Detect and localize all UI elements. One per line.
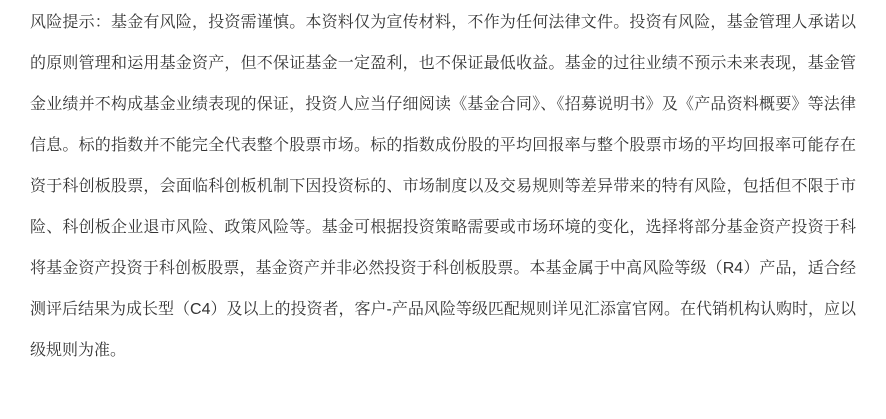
disclaimer-line: 险、科创板企业退市风险、政策风险等。基金可根据投资策略需要或市场环境的变化，选择… bbox=[30, 207, 856, 248]
disclaimer-line: 信息。标的指数并不能完全代表整个股票市场。标的指数成份股的平均回报率与整个股票市… bbox=[30, 125, 856, 166]
disclaimer-line: 资于科创板股票，会面临科创板机制下因投资标的、市场制度以及交易规则等差异带来的特… bbox=[30, 166, 856, 207]
disclaimer-line: 金业绩并不构成基金业绩表现的保证，投资人应当仔细阅读《基金合同》、《招募说明书》… bbox=[30, 84, 856, 125]
disclaimer-line: 的原则管理和运用基金资产，但不保证基金一定盈利，也不保证最低收益。基金的过往业绩… bbox=[30, 43, 856, 84]
disclaimer-line: 测评后结果为成长型（C4）及以上的投资者，客户-产品风险等级匹配规则详见汇添富官… bbox=[30, 289, 856, 330]
disclaimer-line: 风险提示：基金有风险，投资需谨慎。本资料仅为宣传材料，不作为任何法律文件。投资有… bbox=[30, 2, 856, 43]
risk-disclaimer-paragraph: 风险提示：基金有风险，投资需谨慎。本资料仅为宣传材料，不作为任何法律文件。投资有… bbox=[0, 0, 886, 371]
disclaimer-line: 将基金资产投资于科创板股票，基金资产并非必然投资于科创板股票。本基金属于中高风险… bbox=[30, 248, 856, 289]
disclaimer-line: 级规则为准。 bbox=[30, 330, 856, 371]
